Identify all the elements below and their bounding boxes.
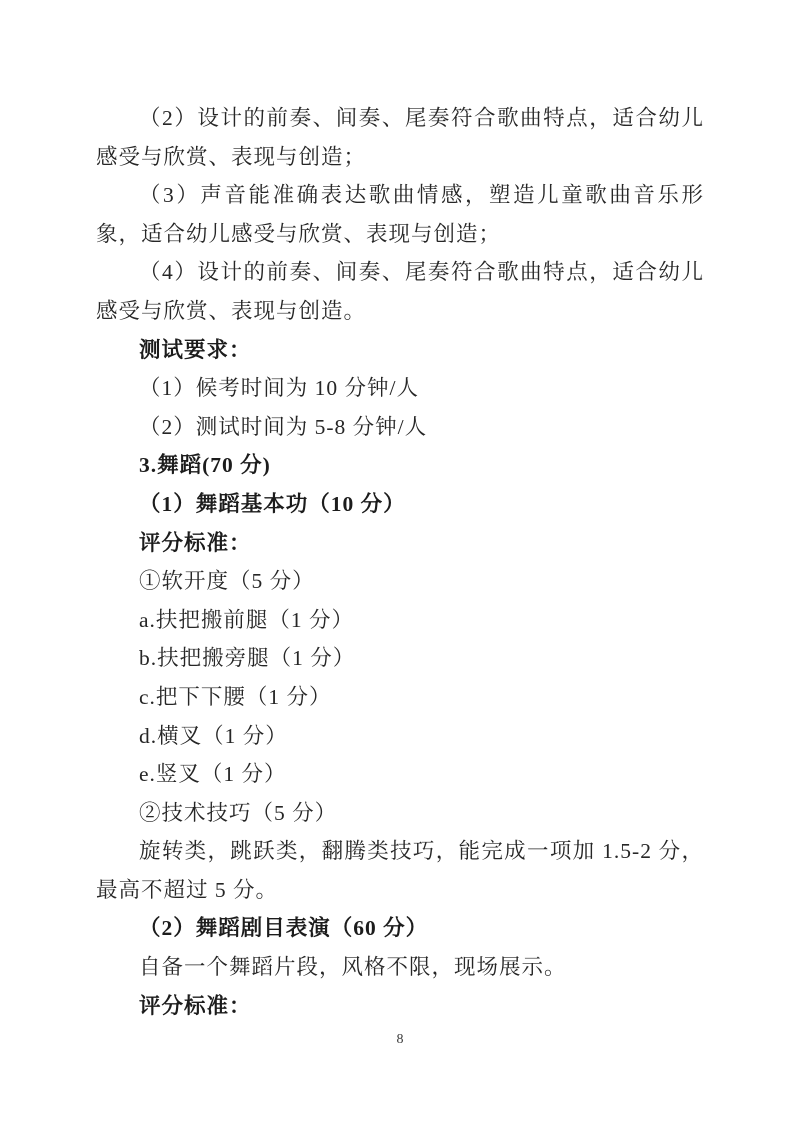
document-body: （2）设计的前奏、间奏、尾奏符合歌曲特点，适合幼儿感受与欣赏、表现与创造；（3）…: [96, 99, 704, 1025]
page-number: 8: [0, 1030, 800, 1050]
body-paragraph: （2）设计的前奏、间奏、尾奏符合歌曲特点，适合幼儿感受与欣赏、表现与创造；: [96, 99, 704, 176]
body-paragraph: e.竖叉（1 分）: [96, 755, 704, 794]
heading-paragraph: （2）舞蹈剧目表演（60 分）: [96, 909, 704, 948]
heading-paragraph: 评分标准：: [96, 987, 704, 1026]
heading-paragraph: 评分标准：: [96, 524, 704, 563]
body-paragraph: b.扶把搬旁腿（1 分）: [96, 639, 704, 678]
body-paragraph: 自备一个舞蹈片段，风格不限，现场展示。: [96, 948, 704, 987]
body-paragraph: a.扶把搬前腿（1 分）: [96, 601, 704, 640]
heading-paragraph: 3.舞蹈(70 分): [96, 446, 704, 485]
document-page: （2）设计的前奏、间奏、尾奏符合歌曲特点，适合幼儿感受与欣赏、表现与创造；（3）…: [0, 0, 800, 1132]
body-paragraph: 旋转类，跳跃类，翻腾类技巧，能完成一项加 1.5-2 分，最高不超过 5 分。: [96, 832, 704, 909]
body-paragraph: （4）设计的前奏、间奏、尾奏符合歌曲特点，适合幼儿感受与欣赏、表现与创造。: [96, 253, 704, 330]
body-paragraph: ①软开度（5 分）: [96, 562, 704, 601]
body-paragraph: d.横叉（1 分）: [96, 717, 704, 756]
body-paragraph: （1）候考时间为 10 分钟/人: [96, 369, 704, 408]
body-paragraph: ②技术技巧（5 分）: [96, 794, 704, 833]
body-paragraph: （3）声音能准确表达歌曲情感，塑造儿童歌曲音乐形象，适合幼儿感受与欣赏、表现与创…: [96, 176, 704, 253]
heading-paragraph: （1）舞蹈基本功（10 分）: [96, 485, 704, 524]
body-paragraph: （2）测试时间为 5-8 分钟/人: [96, 408, 704, 447]
heading-paragraph: 测试要求：: [96, 331, 704, 370]
body-paragraph: c.把下下腰（1 分）: [96, 678, 704, 717]
